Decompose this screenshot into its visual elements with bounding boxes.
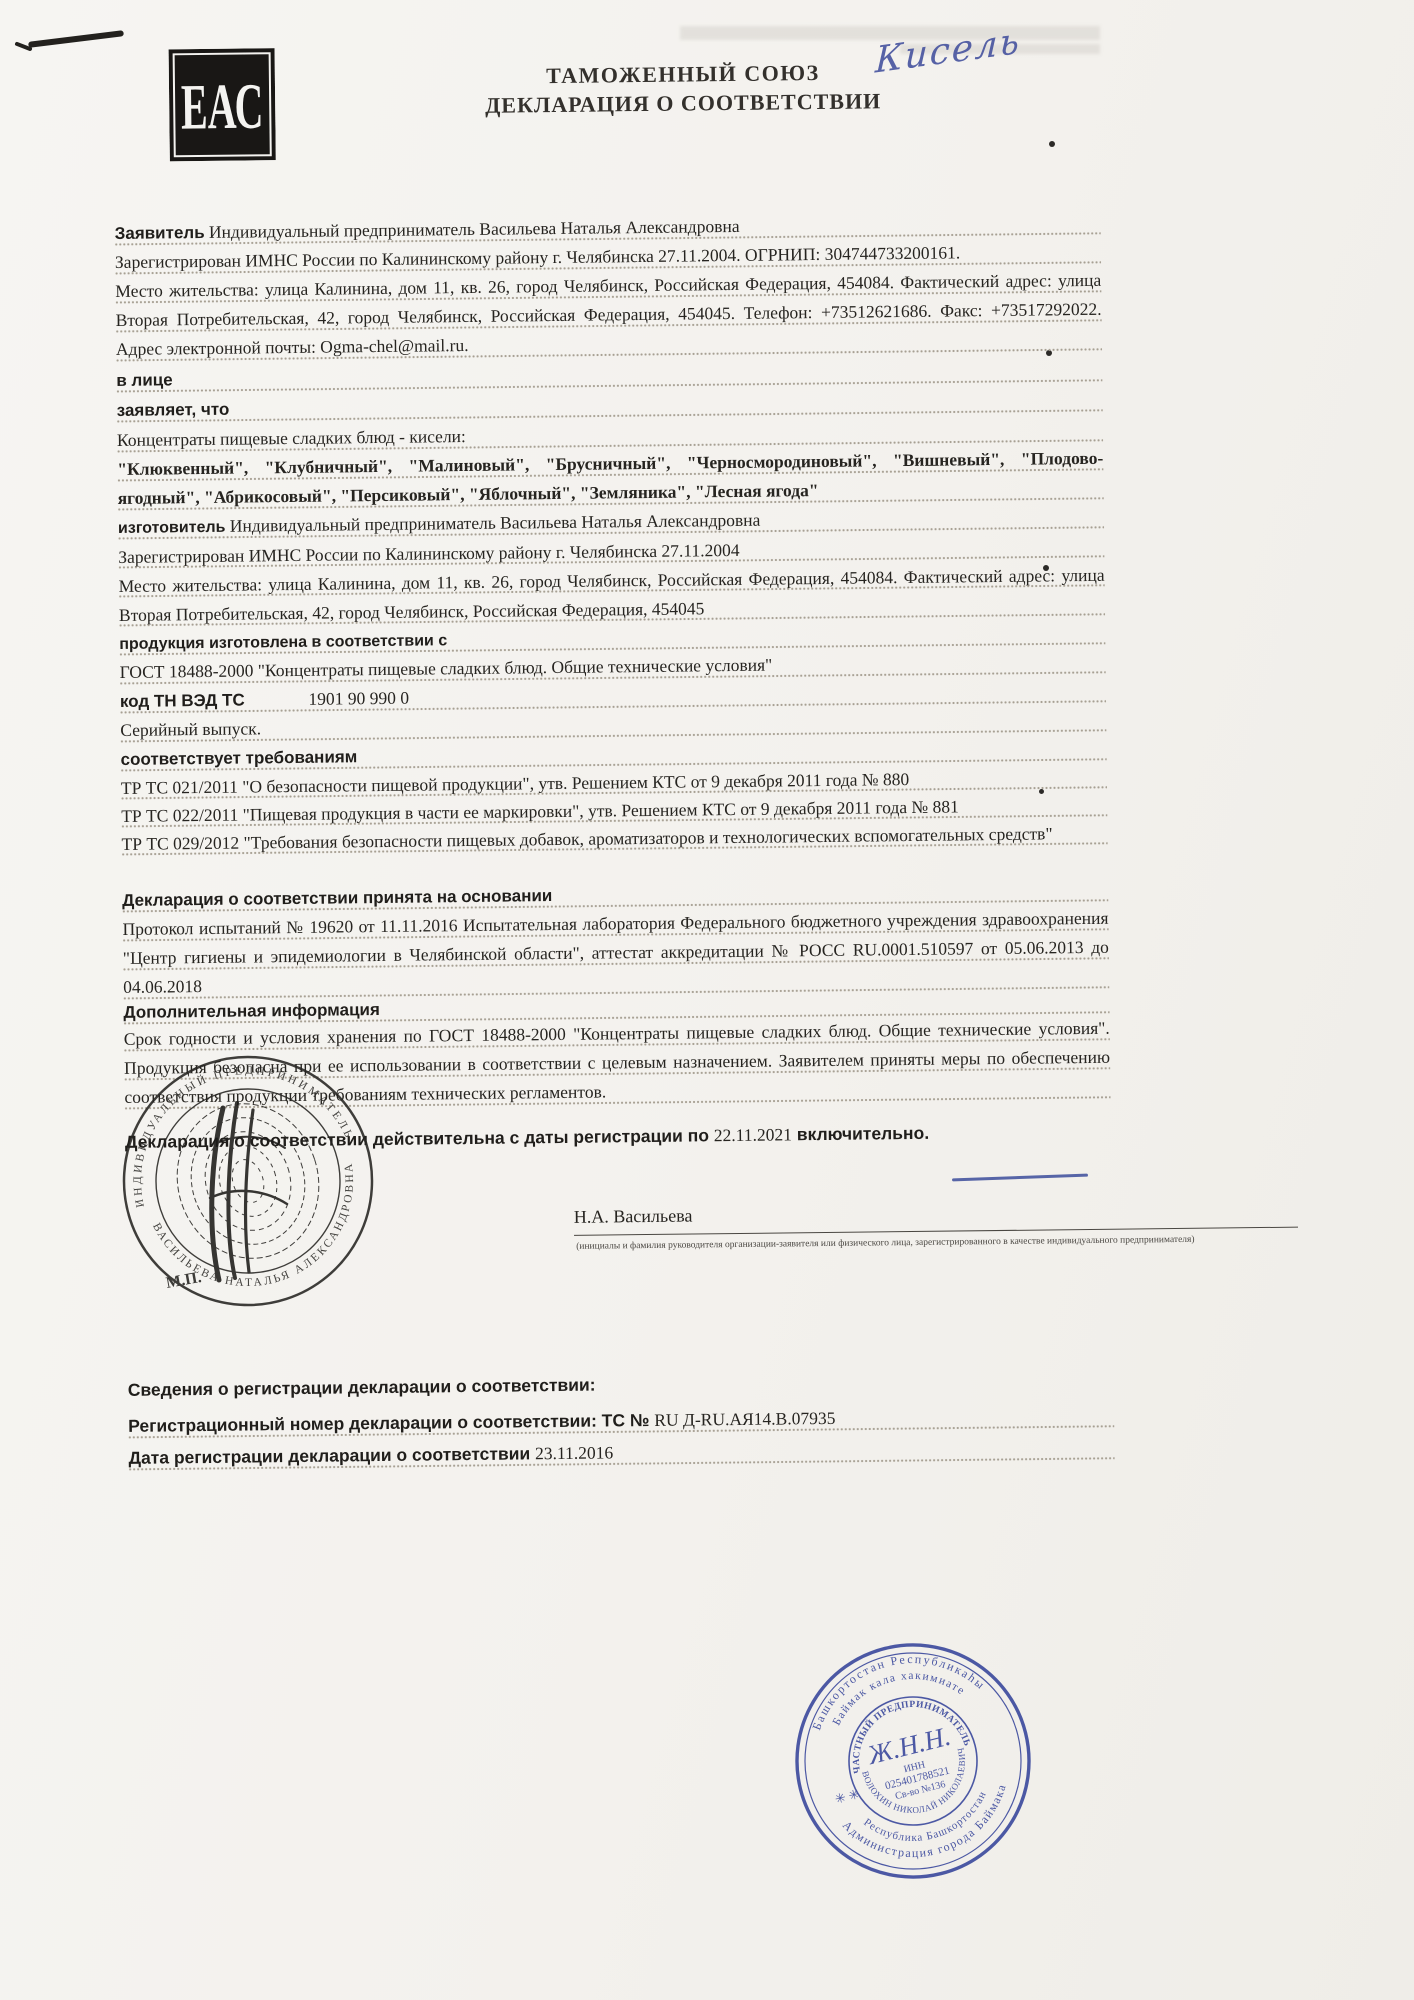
ink-speck xyxy=(1049,141,1055,147)
registration-heading-text: Сведения о регистрации декларации о соот… xyxy=(128,1375,596,1400)
manufacturer-address: Место жительства: улица Калинина, дом 11… xyxy=(119,565,1105,625)
basis-label: Декларация о соответствии принята на осн… xyxy=(122,886,552,910)
basis-text: Протокол испытаний № 19620 от 11.11.2016… xyxy=(122,908,1108,997)
eac-logo-text: ЕАС xyxy=(181,70,264,143)
mp-label: М.П. xyxy=(165,1269,203,1292)
blue-round-stamp: Башкортостан Республикаһы Баймак кала ха… xyxy=(788,1636,1038,1886)
paperclip-mark xyxy=(28,30,124,48)
tnved-label: код ТН ВЭД ТС xyxy=(120,691,245,711)
made-in-accordance-label: продукция изготовлена в соответствии с xyxy=(119,632,447,653)
signature-caption: (инициалы и фамилия руководителя организ… xyxy=(576,1233,1224,1253)
applicant-address: Место жительства: улица Калинина, дом 11… xyxy=(115,270,1101,359)
additional-label: Дополнительная информация xyxy=(123,1000,380,1022)
applicant-label: Заявитель xyxy=(115,223,205,243)
product-list: "Клюквенный", "Клубничный", "Малиновый",… xyxy=(117,448,1103,508)
svg-text:ИНДИВИДУАЛЬНЫЙ ПРЕДПРИНИМАТЕЛЬ: ИНДИВИДУАЛЬНЫЙ ПРЕДПРИНИМАТЕЛЬ xyxy=(115,1048,356,1210)
pen-underline xyxy=(952,1174,1088,1182)
complies-label: соответствует требованиям xyxy=(121,747,358,769)
validity-suffix: включительно. xyxy=(792,1123,929,1145)
applicant-block: Заявитель Индивидуальный предприниматель… xyxy=(114,208,1102,364)
title-line-2: ДЕКЛАРАЦИЯ О СООТВЕТСТВИИ xyxy=(403,85,963,120)
registration-date-label: Дата регистрации декларации о соответств… xyxy=(128,1443,535,1468)
complies-item-3: ТР ТС 029/2012 "Требования безопасности … xyxy=(121,823,1052,854)
manufacturer-label: изготовитель xyxy=(118,519,226,537)
complies-item-2: ТР ТС 022/2011 "Пищевая продукция в част… xyxy=(121,796,959,826)
registration-number-value: RU Д-RU.АЯ14.В.07935 xyxy=(654,1408,835,1430)
registration-heading: Сведения о регистрации декларации о соот… xyxy=(128,1369,1114,1401)
black-stamp-ring-top: ИНДИВИДУАЛЬНЫЙ ПРЕДПРИНИМАТЕЛЬ xyxy=(115,1048,356,1210)
gost-line: ГОСТ 18488-2000 "Концентраты пищевые сла… xyxy=(120,655,773,682)
applicant-name: Индивидуальный предприниматель Васильева… xyxy=(204,216,739,242)
product-block: Концентраты пищевые сладких блюд - кисел… xyxy=(117,415,1104,513)
product-line1: Концентраты пищевые сладких блюд - кисел… xyxy=(117,426,466,450)
tnved-value: 1901 90 990 0 xyxy=(308,688,409,709)
registration-date-value: 23.11.2016 xyxy=(535,1442,613,1463)
validity-date: 22.11.2021 xyxy=(714,1124,792,1145)
applicant-registration: Зарегистрирован ИМНС России по Калининск… xyxy=(115,242,961,272)
svg-text:ВАСИЛЬЕВА НАТАЛЬЯ АЛЕКСАНДРОВН: ВАСИЛЬЕВА НАТАЛЬЯ АЛЕКСАНДРОВНА xyxy=(149,1159,381,1314)
manufacturer-block: изготовитель Индивидуальный предпринимат… xyxy=(118,502,1105,630)
manufacturer-name: Индивидуальный предприниматель Васильева… xyxy=(225,510,760,536)
registration-number-label: Регистрационный номер декларации о соотв… xyxy=(128,1410,654,1436)
black-stamp-ring-bottom: ВАСИЛЬЕВА НАТАЛЬЯ АЛЕКСАНДРОВНА xyxy=(149,1159,381,1314)
in-person-label: в лице xyxy=(116,370,173,390)
scanned-declaration-page: ЕАС ТАМОЖЕННЫЙ СОЮЗ ДЕКЛАРАЦИЯ О СООТВЕТ… xyxy=(0,0,1414,2000)
manufacturer-registration: Зарегистрирован ИМНС России по Калининск… xyxy=(118,540,739,567)
blue-stamp-stars-left: ✳ ✳ xyxy=(833,1786,861,1807)
complies-item-1: ТР ТС 021/2011 "О безопасности пищевой п… xyxy=(121,769,909,798)
complies-items: ТР ТС 021/2011 "О безопасности пищевой п… xyxy=(121,763,1108,858)
black-round-stamp: ИНДИВИДУАЛЬНЫЙ ПРЕДПРИНИМАТЕЛЬ ВАСИЛЬЕВА… xyxy=(115,1048,381,1314)
eac-logo: ЕАС xyxy=(169,48,276,161)
serial-release: Серийный выпуск. xyxy=(120,718,261,740)
declares-label: заявляет, что xyxy=(117,400,230,420)
